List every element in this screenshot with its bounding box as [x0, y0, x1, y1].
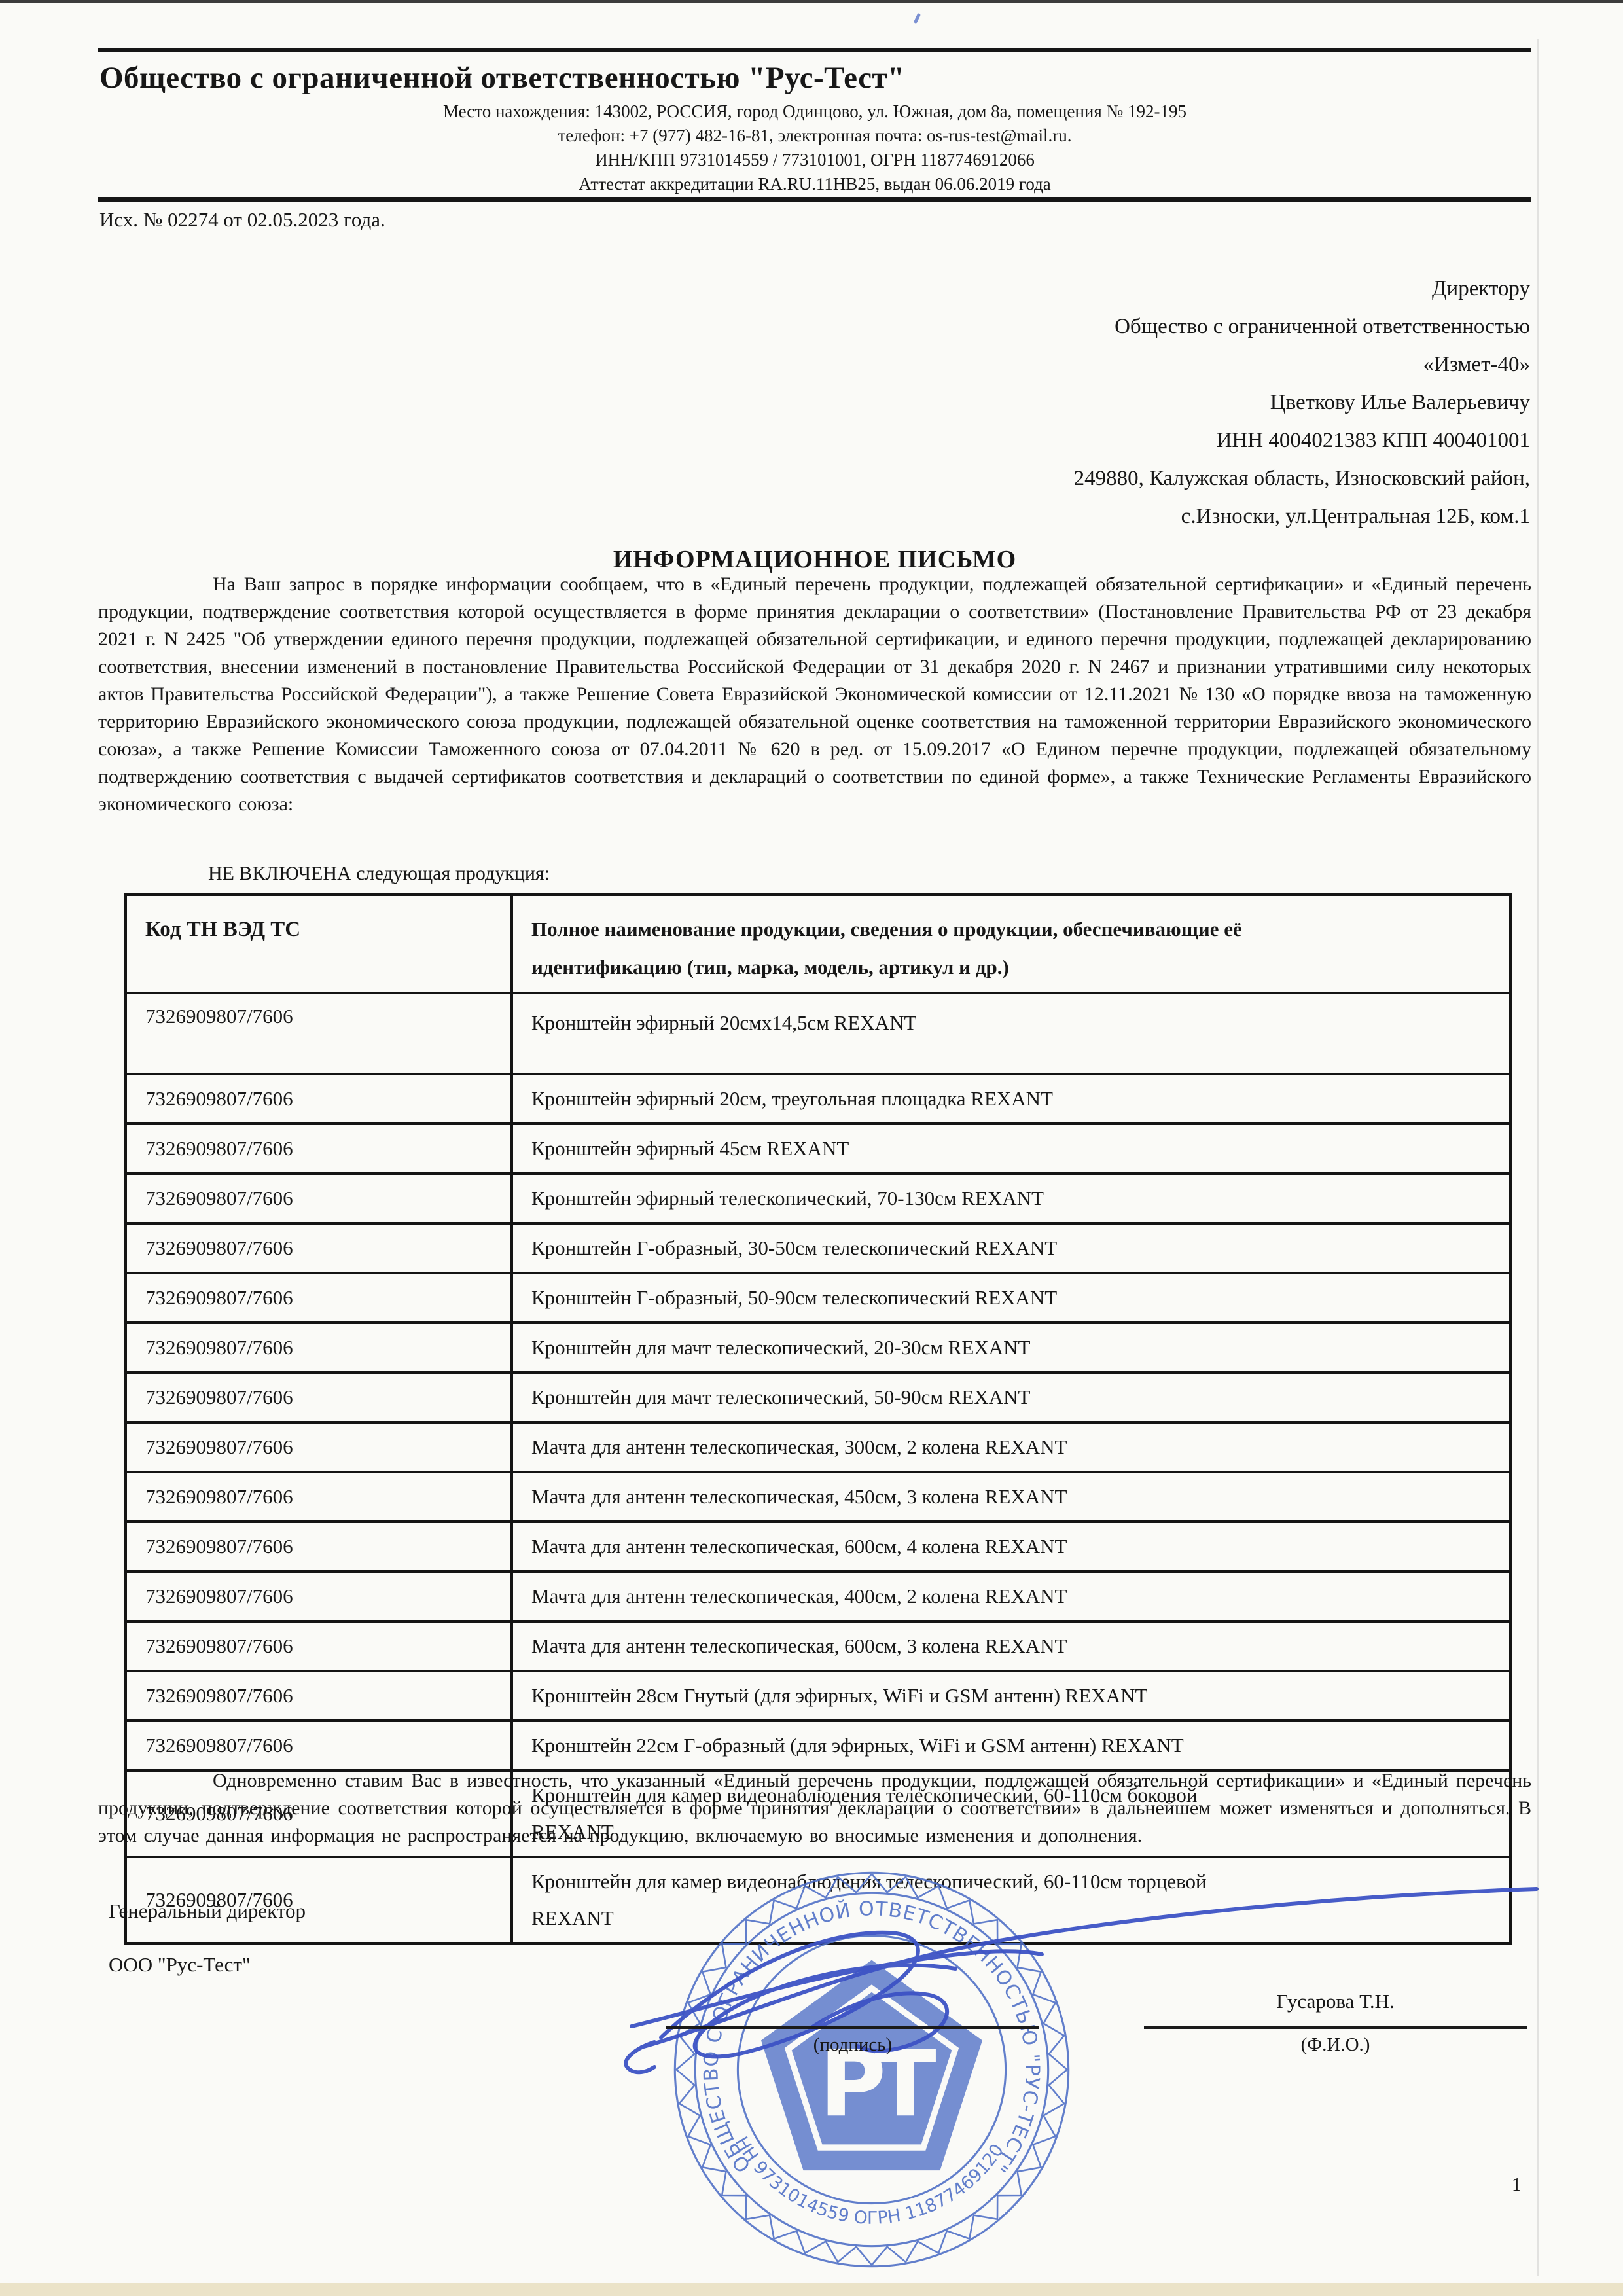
product-code-cell: 7326909807/7606 [126, 1621, 512, 1671]
not-included-line: НЕ ВКЛЮЧЕНА следующая продукция: [208, 863, 550, 885]
letter-title: ИНФОРМАЦИОННОЕ ПИСЬМО [98, 545, 1531, 574]
signature-line [666, 2026, 1039, 2029]
recipient-line: Цветкову Илье Валерьевичу [1074, 384, 1530, 422]
product-name-cell: Кронштейн 28см Гнутый (для эфирных, WiFi… [512, 1671, 1510, 1721]
product-name-cell: Кронштейн Г-образный, 50-90см телескопич… [512, 1273, 1510, 1323]
table-row: 7326909807/7606Кронштейн Г-образный, 50-… [126, 1273, 1510, 1323]
scan-ink-fleck [914, 13, 921, 24]
table-row: 7326909807/7606Кронштейн для мачт телеск… [126, 1323, 1510, 1372]
table-row: 7326909807/7606Кронштейн 28см Гнутый (дл… [126, 1671, 1510, 1721]
letterhead-phone-line: телефон: +7 (977) 482-16-81, электронная… [98, 124, 1531, 148]
letterhead-company-title: Общество с ограниченной ответственностью… [99, 60, 1533, 96]
product-code-cell: 7326909807/7606 [126, 1223, 512, 1273]
product-code-cell: 7326909807/7606 [126, 1522, 512, 1571]
recipient-block: ДиректоруОбщество с ограниченной ответст… [1074, 270, 1530, 535]
recipient-line: Общество с ограниченной ответственностью [1074, 308, 1530, 346]
product-code-cell: 7326909807/7606 [126, 1571, 512, 1621]
scanned-letter-page: Общество с ограниченной ответственностью… [0, 0, 1623, 2296]
product-code-cell: 7326909807/7606 [126, 1372, 512, 1422]
product-name-cell: Кронштейн Г-образный, 30-50см телескопич… [512, 1223, 1510, 1273]
name-caption: (Ф.И.О.) [1144, 2034, 1527, 2056]
product-code-cell: 7326909807/7606 [126, 1472, 512, 1522]
product-name-cell: Кронштейн эфирный телескопический, 70-13… [512, 1174, 1510, 1223]
signer-position-label: Генеральный директор [109, 1899, 306, 1923]
name-line [1144, 2026, 1527, 2029]
scan-bottom-strip [0, 2283, 1623, 2296]
product-code-cell: 7326909807/7606 [126, 1721, 512, 1770]
product-name-cell: Кронштейн эфирный 20см, треугольная площ… [512, 1074, 1510, 1124]
product-name-cell: Мачта для антенн телескопическая, 600см,… [512, 1522, 1510, 1571]
outgoing-reference: Исх. № 02274 от 02.05.2023 года. [99, 208, 385, 232]
recipient-line: с.Износки, ул.Центральная 12Б, ком.1 [1074, 497, 1530, 535]
letterhead-address-line: Место нахождения: 143002, РОССИЯ, город … [98, 99, 1531, 124]
signer-name: Гусарова Т.Н. [1144, 1990, 1527, 2013]
table-row: 7326909807/7606Кронштейн эфирный 20см, т… [126, 1074, 1510, 1124]
product-name-cell: Мачта для антенн телескопическая, 600см,… [512, 1621, 1510, 1671]
table-row: 7326909807/7606Кронштейн эфирный телеско… [126, 1174, 1510, 1223]
recipient-line: Директору [1074, 270, 1530, 308]
signer-company-label: ООО "Рус-Тест" [109, 1953, 251, 1977]
table-row: 7326909807/7606Мачта для антенн телескоп… [126, 1621, 1510, 1671]
letterhead-bottom-rule [98, 197, 1531, 202]
product-code-cell: 7326909807/7606 [126, 1323, 512, 1372]
scan-right-edge [1537, 39, 1539, 2276]
product-code-cell: 7326909807/7606 [126, 1422, 512, 1472]
product-code-cell: 7326909807/7606 [126, 1074, 512, 1124]
table-row: 7326909807/7606Кронштейн Г-образный, 30-… [126, 1223, 1510, 1273]
recipient-line: 249880, Калужская область, Износковский … [1074, 459, 1530, 497]
table-row: 7326909807/7606Кронштейн для мачт телеск… [126, 1372, 1510, 1422]
header-code-cell: Код ТН ВЭД ТС [126, 895, 512, 993]
header-name-cell: Полное наименование продукции, сведения … [512, 895, 1510, 993]
product-name-cell: Мачта для антенн телескопическая, 400см,… [512, 1571, 1510, 1621]
product-code-cell: 7326909807/7606 [126, 1124, 512, 1174]
table-row: 7326909807/7606Мачта для антенн телескоп… [126, 1422, 1510, 1472]
product-name-cell: Мачта для антенн телескопическая, 450см,… [512, 1472, 1510, 1522]
table-row: 7326909807/7606Кронштейн эфирный 45см RE… [126, 1124, 1510, 1174]
scan-top-edge [0, 0, 1623, 3]
product-name-cell: Кронштейн для мачт телескопический, 20-3… [512, 1323, 1510, 1372]
table-row: 7326909807/7606Мачта для антенн телескоп… [126, 1472, 1510, 1522]
signature-caption: (подпись) [666, 2034, 1039, 2056]
page-number: 1 [1512, 2174, 1522, 2196]
product-code-cell: 7326909807/7606 [126, 1273, 512, 1323]
product-name-cell: Мачта для антенн телескопическая, 300см,… [512, 1422, 1510, 1472]
recipient-line: ИНН 4004021383 КПП 400401001 [1074, 422, 1530, 459]
closing-paragraph: Одновременно ставим Вас в известность, ч… [98, 1767, 1531, 1850]
letterhead-top-rule [98, 48, 1531, 52]
letterhead-details: Место нахождения: 143002, РОССИЯ, город … [98, 99, 1531, 196]
letterhead-inn-line: ИНН/КПП 9731014559 / 773101001, ОГРН 118… [98, 148, 1531, 172]
product-name-cell: Кронштейн эфирный 20смх14,5см REXANT [512, 993, 1510, 1074]
body-paragraph: На Ваш запрос в порядке информации сообщ… [98, 571, 1531, 818]
table-row: 7326909807/7606Кронштейн 22см Г-образный… [126, 1721, 1510, 1770]
table-row: 7326909807/7606Мачта для антенн телескоп… [126, 1522, 1510, 1571]
table-row: 7326909807/7606Мачта для антенн телескоп… [126, 1571, 1510, 1621]
product-code-cell: 7326909807/7606 [126, 993, 512, 1074]
product-name-cell: Кронштейн для мачт телескопический, 50-9… [512, 1372, 1510, 1422]
table-row: 7326909807/7606Кронштейн эфирный 20смх14… [126, 993, 1510, 1074]
table-header-row: Код ТН ВЭД ТС Полное наименование продук… [126, 895, 1510, 993]
product-name-cell: Кронштейн 22см Г-образный (для эфирных, … [512, 1721, 1510, 1770]
letterhead-accreditation-line: Аттестат аккредитации RA.RU.11НВ25, выда… [98, 172, 1531, 196]
recipient-line: «Измет-40» [1074, 346, 1530, 384]
product-code-cell: 7326909807/7606 [126, 1671, 512, 1721]
product-name-cell: Кронштейн эфирный 45см REXANT [512, 1124, 1510, 1174]
product-code-cell: 7326909807/7606 [126, 1174, 512, 1223]
